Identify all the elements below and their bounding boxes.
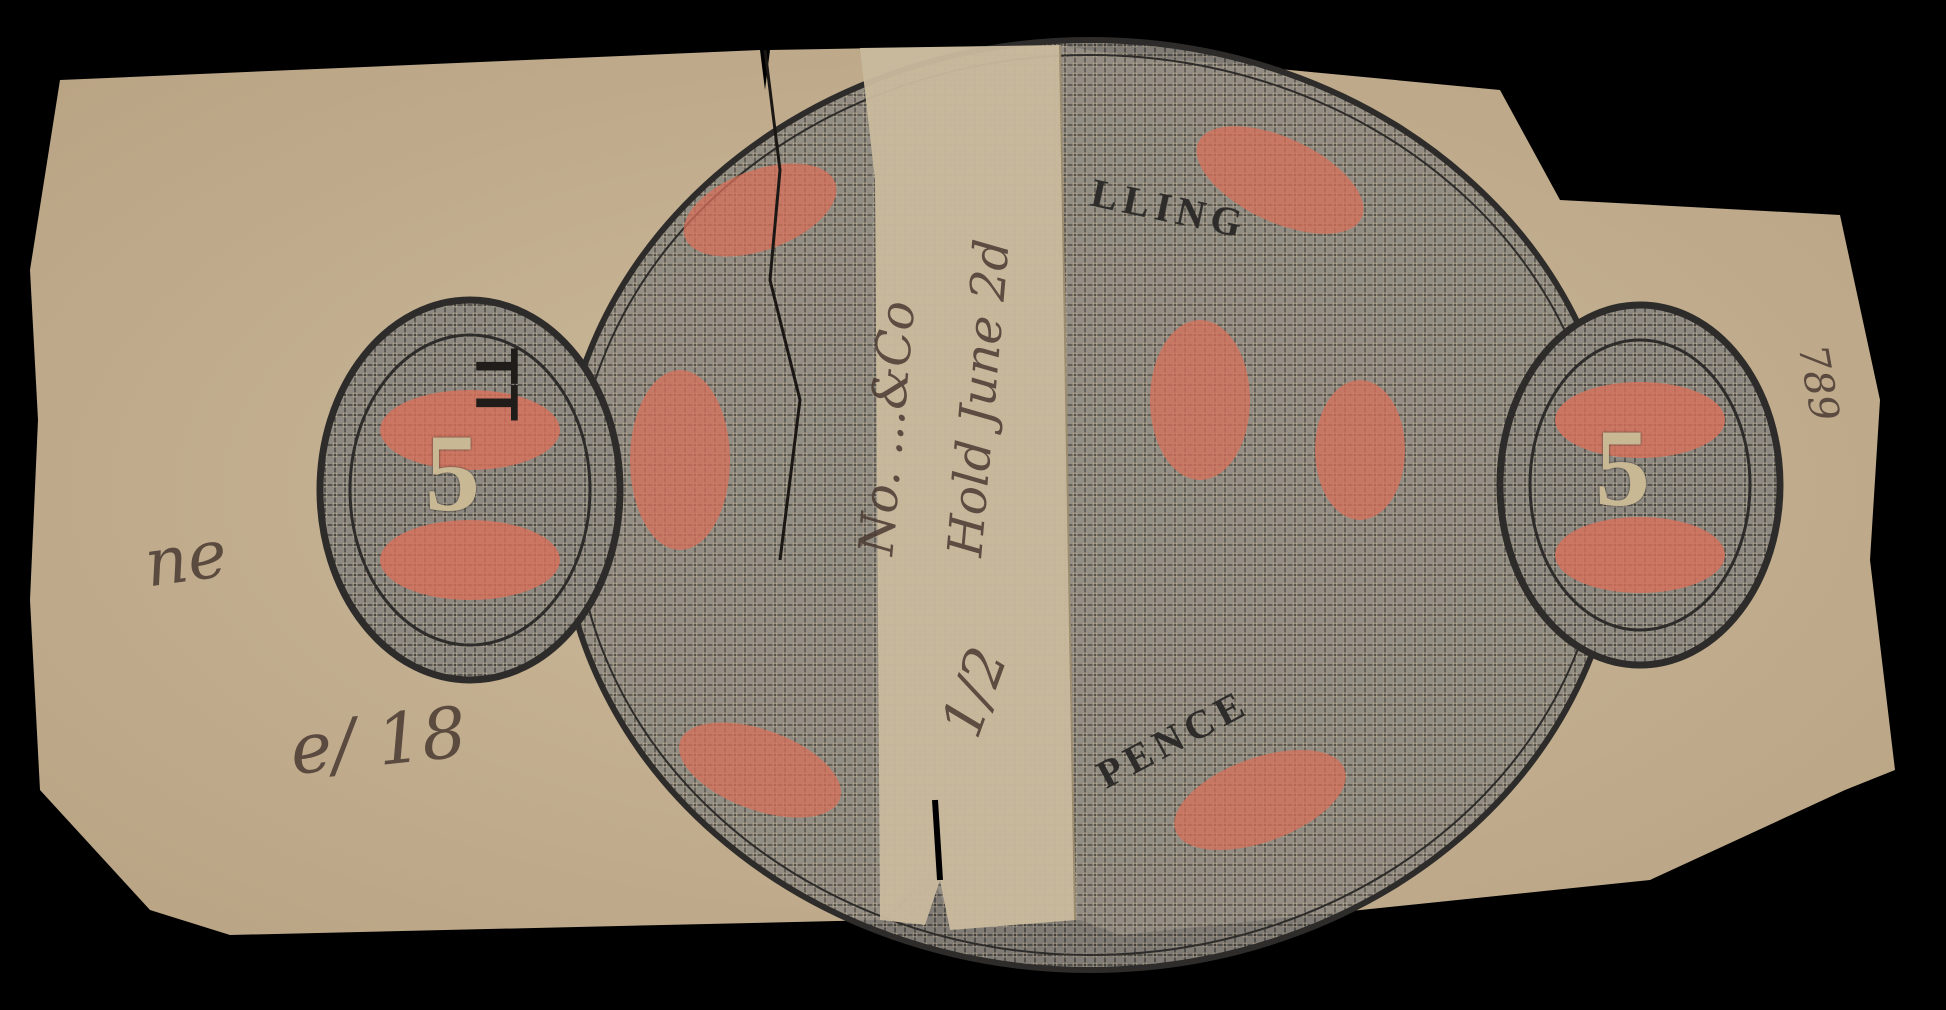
denomination-right: 5	[1595, 405, 1650, 532]
photo-stage: LLING PENCE 5 5 TT ne e/ 18 No. ...&Co H…	[0, 0, 1946, 1010]
stamp-mark: TT	[462, 348, 531, 421]
denomination-left: 5	[425, 410, 480, 537]
handwriting-left-upper: ne	[140, 515, 232, 603]
